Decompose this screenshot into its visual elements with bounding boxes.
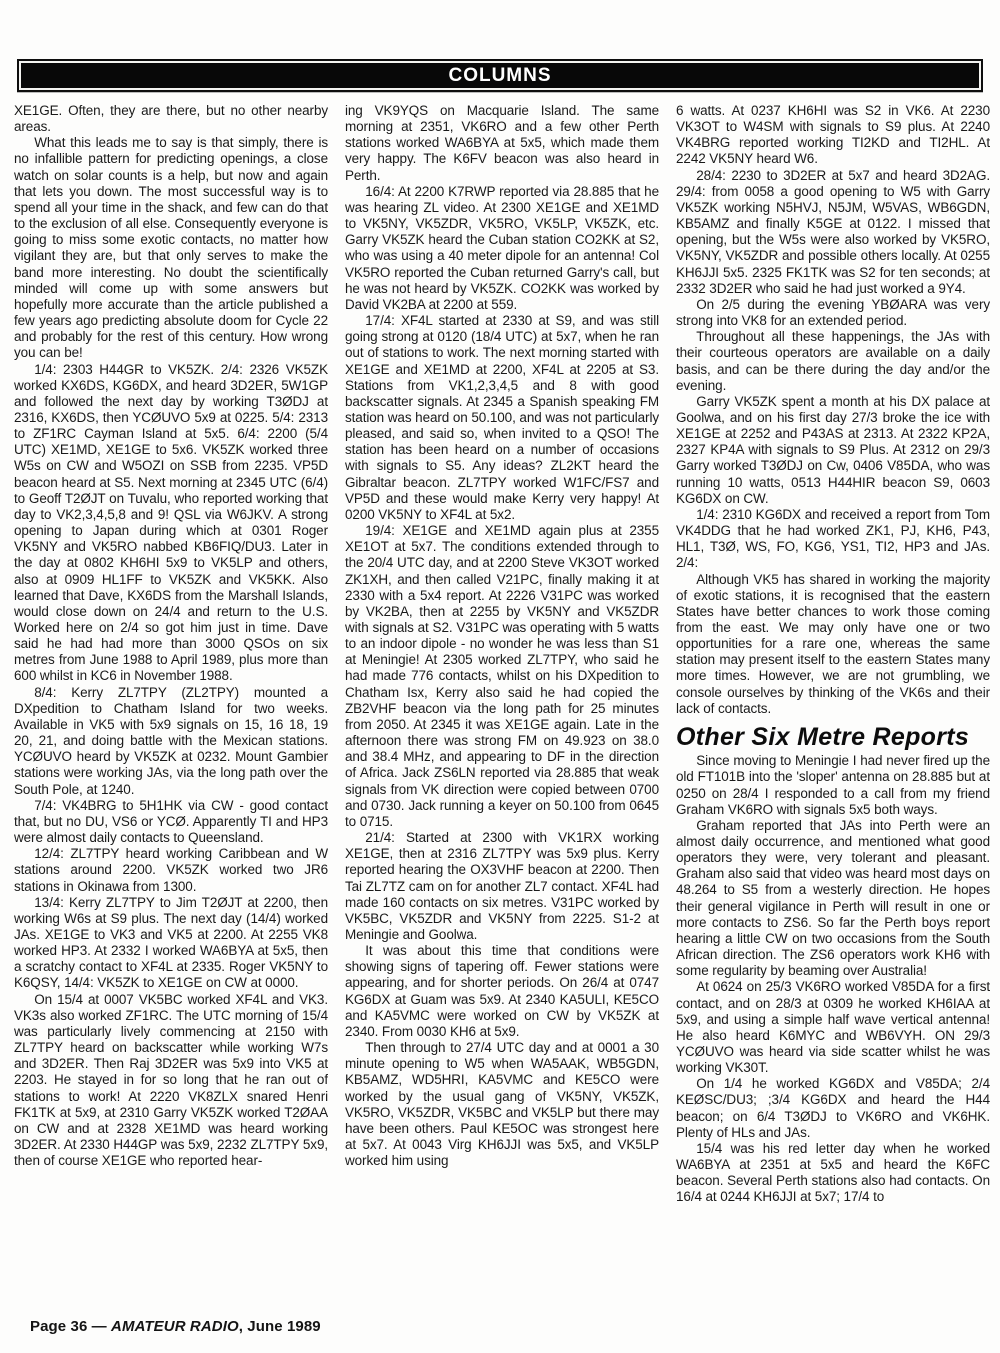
text-column-3: 6 watts. At 0237 KH6HI was S2 in VK6. At…: [676, 103, 990, 1315]
paragraph: 28/4: 2230 to 3D2ER at 5x7 and heard 3D2…: [676, 168, 990, 297]
paragraph: 6 watts. At 0237 KH6HI was S2 in VK6. At…: [676, 103, 990, 168]
paragraph: 15/4 was his red letter day when he work…: [676, 1141, 990, 1206]
footer-magazine-title: AMATEUR RADIO: [111, 1318, 239, 1335]
paragraph: 12/4: ZL7TPY heard working Caribbean and…: [14, 846, 328, 894]
paragraph: 19/4: XE1GE and XE1MD again plus at 2355…: [345, 523, 659, 830]
three-column-text-area: XE1GE. Often, they are there, but no oth…: [14, 103, 990, 1315]
paragraph: 21/4: Started at 2300 with VK1RX working…: [345, 830, 659, 943]
paragraph: Although VK5 has shared in working the m…: [676, 572, 990, 717]
paragraph: 16/4: At 2200 K7RWP reported via 28.885 …: [345, 184, 659, 313]
paragraph: What this leads me to say is that simply…: [14, 135, 328, 361]
page-footer: Page 36 — AMATEUR RADIO, June 1989: [30, 1318, 321, 1335]
text-column-2: ing VK9YQS on Macquarie Island. The same…: [345, 103, 659, 1315]
section-heading: Other Six Metre Reports: [676, 724, 990, 750]
columns-banner: COLUMNS: [21, 63, 979, 88]
paragraph: Graham reported that JAs into Perth were…: [676, 818, 990, 980]
paragraph: Garry VK5ZK spent a month at his DX pala…: [676, 394, 990, 507]
paragraph: On 15/4 at 0007 VK5BC worked XF4L and VK…: [14, 992, 328, 1170]
paragraph: ing VK9YQS on Macquarie Island. The same…: [345, 103, 659, 184]
paragraph: 8/4: Kerry ZL7TPY (ZL2TPY) mounted a DXp…: [14, 685, 328, 798]
magazine-page: COLUMNS XE1GE. Often, they are there, bu…: [0, 0, 1000, 1353]
paragraph: XE1GE. Often, they are there, but no oth…: [14, 103, 328, 135]
paragraph: Then through to 27/4 UTC day and at 0001…: [345, 1040, 659, 1169]
paragraph: Since moving to Meningie I had never fir…: [676, 753, 990, 818]
banner-title: COLUMNS: [448, 65, 551, 87]
paragraph: It was about this time that conditions w…: [345, 943, 659, 1040]
paragraph: 13/4: Kerry ZL7TPY to Jim T2ØJT at 2200,…: [14, 895, 328, 992]
text-column-1: XE1GE. Often, they are there, but no oth…: [14, 103, 328, 1315]
footer-issue-date: , June 1989: [239, 1318, 321, 1335]
paragraph: 1/4: 2303 H44GR to VK5ZK. 2/4: 2326 VK5Z…: [14, 362, 328, 685]
paragraph: On 2/5 during the evening YBØARA was ver…: [676, 297, 990, 329]
paragraph: At 0624 on 25/3 VK6RO worked V85DA for a…: [676, 979, 990, 1076]
paragraph: On 1/4 he worked KG6DX and V85DA; 2/4 KE…: [676, 1076, 990, 1141]
paragraph: Throughout all these happenings, the JAs…: [676, 329, 990, 394]
paragraph: 17/4: XF4L started at 2330 at S9, and wa…: [345, 313, 659, 523]
paragraph: 1/4: 2310 KG6DX and received a report fr…: [676, 507, 990, 572]
footer-page-label: Page 36 —: [30, 1318, 111, 1335]
columns-banner-frame: COLUMNS: [17, 59, 983, 92]
paragraph: 7/4: VK4BRG to 5H1HK via CW - good conta…: [14, 798, 328, 846]
